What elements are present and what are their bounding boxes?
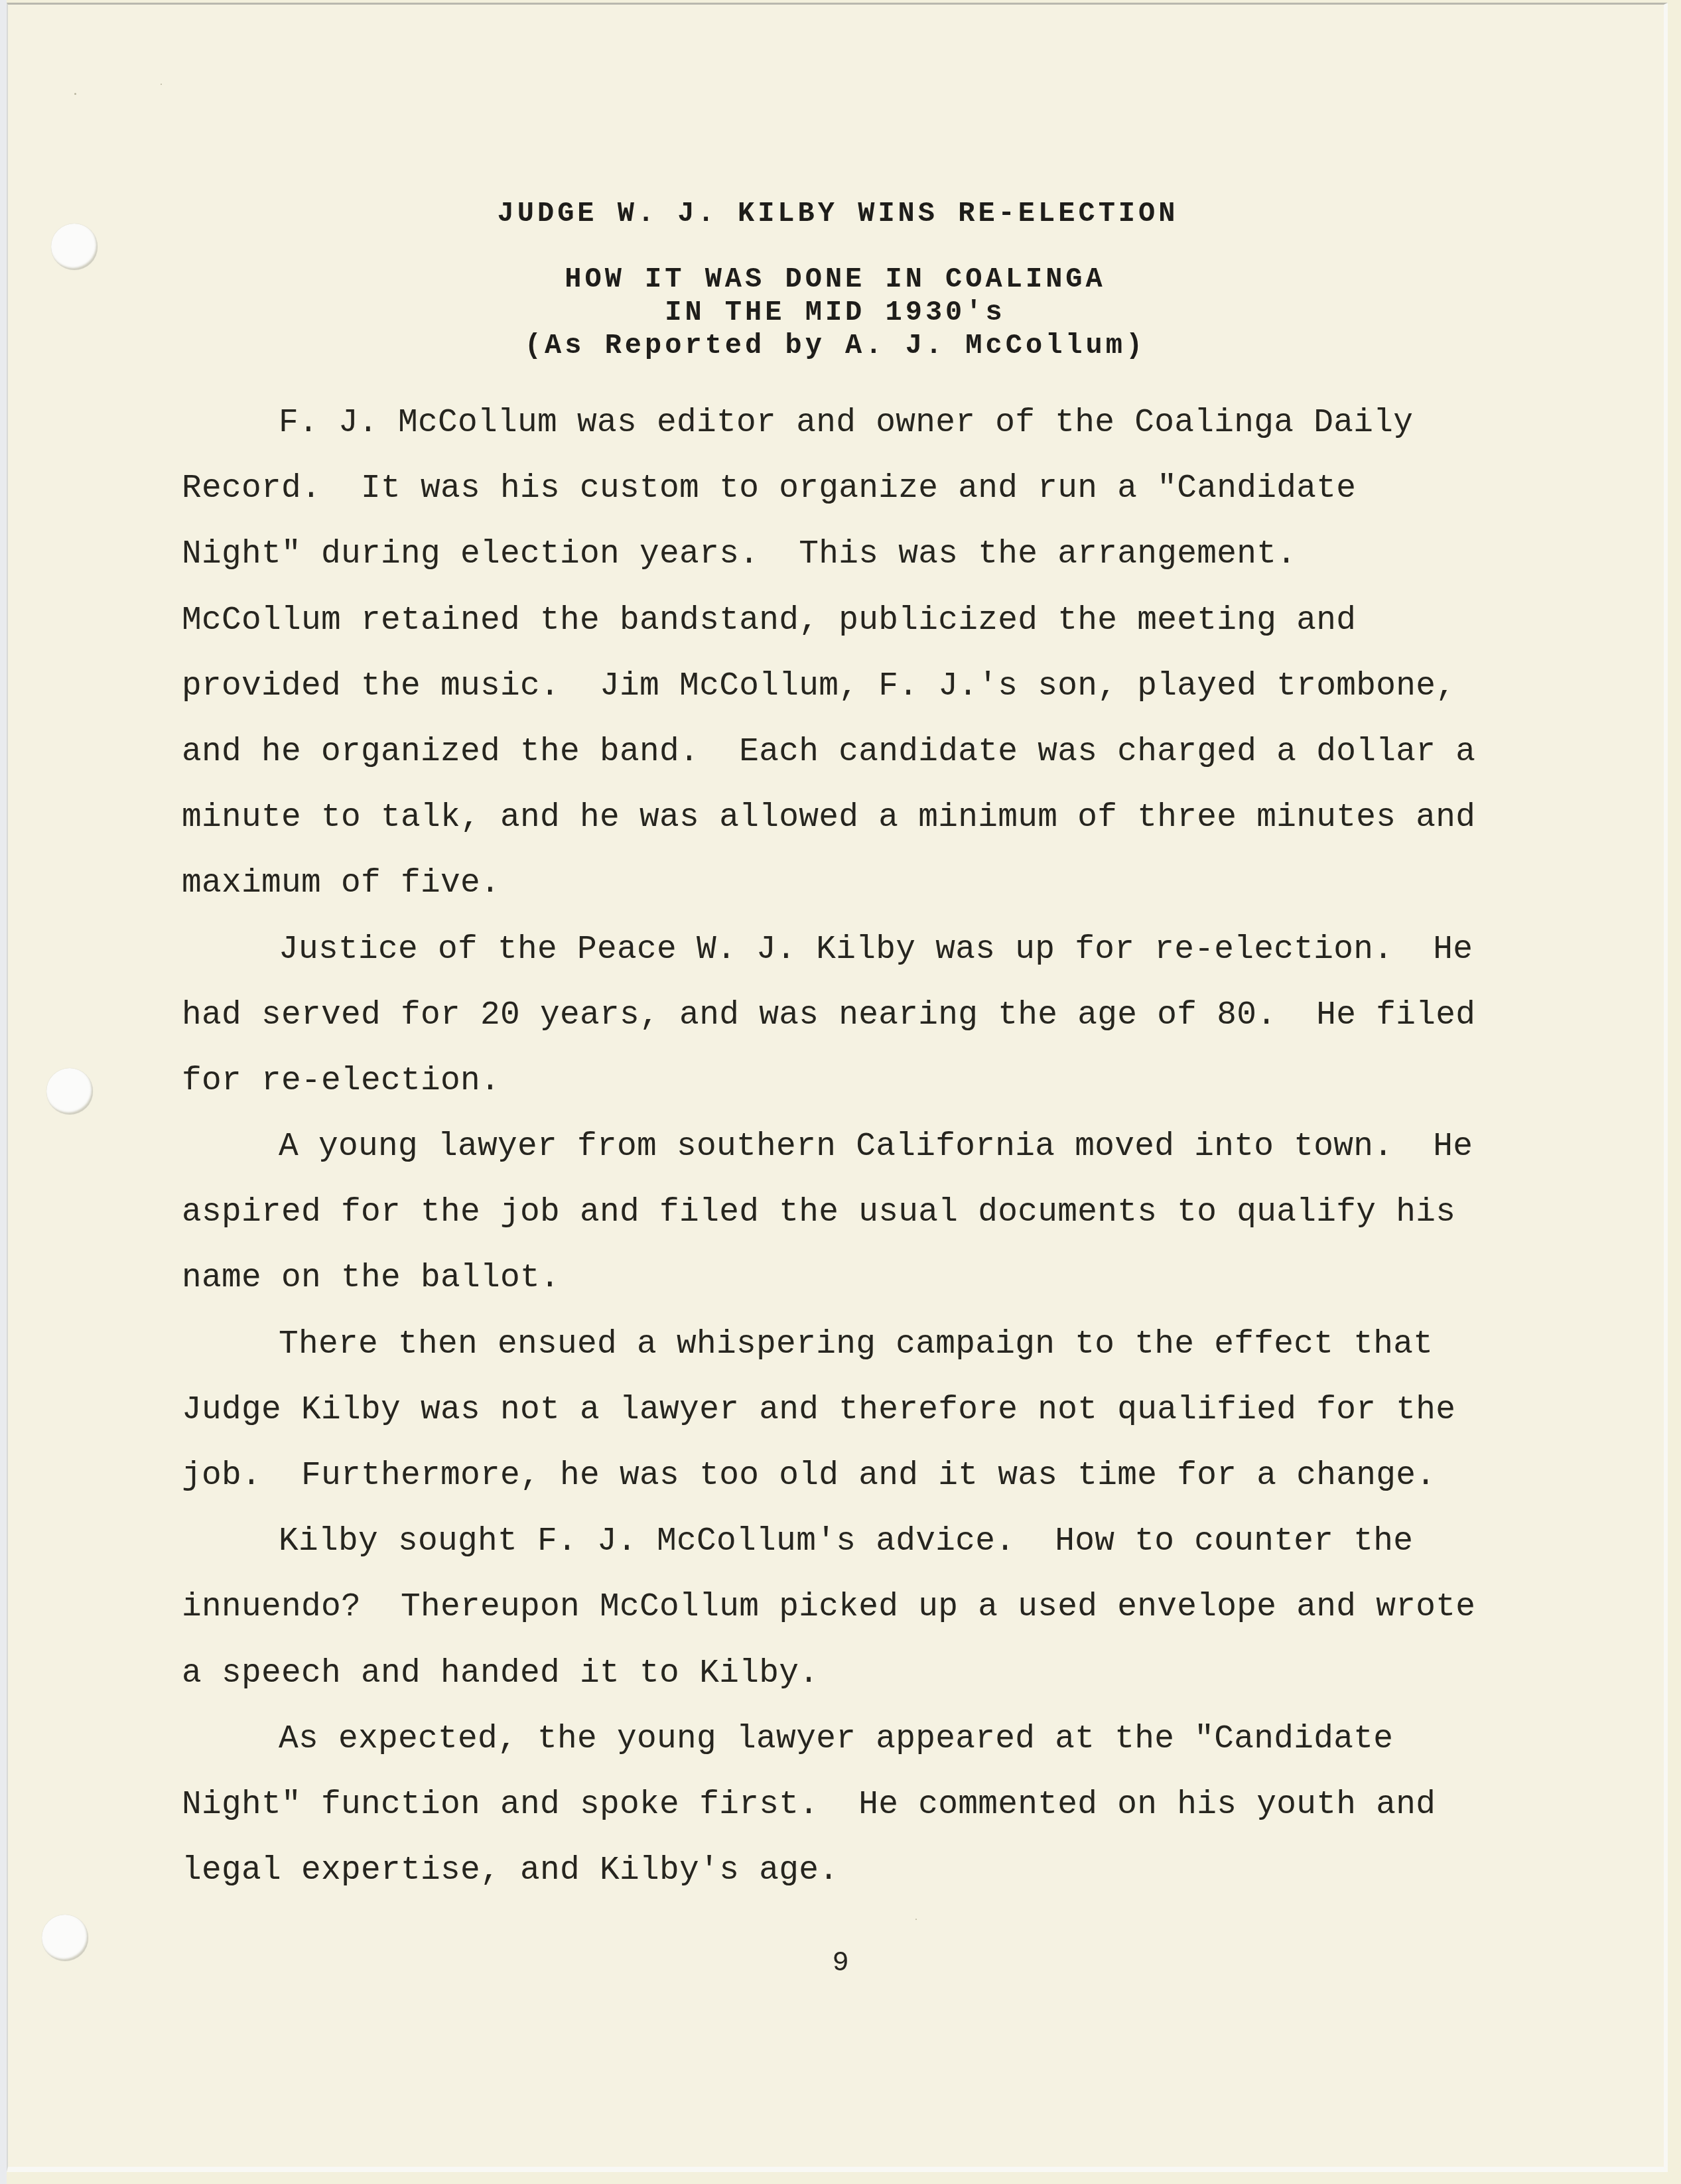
paragraph-1-line: and he organized the band. Each candidat… bbox=[182, 719, 1509, 785]
paper-speck bbox=[915, 1919, 917, 1920]
paragraph-4-line: job. Furthermore, he was too old and it … bbox=[182, 1443, 1509, 1509]
paragraph-1-line: F. J. McCollum was editor and owner of t… bbox=[182, 390, 1509, 456]
paragraph-1-line: provided the music. Jim McCollum, F. J.'… bbox=[182, 653, 1509, 719]
paragraph-1-line: maximum of five. bbox=[182, 851, 1509, 916]
document-subtitle: HOW IT WAS DONE IN COALINGA IN THE MID 1… bbox=[0, 263, 1676, 362]
paragraph-6-line: legal expertise, and Kilby's age. bbox=[182, 1838, 1509, 1903]
paragraph-6-line: Night" function and spoke first. He comm… bbox=[182, 1772, 1509, 1838]
paragraph-2-line: had served for 20 years, and was nearing… bbox=[182, 983, 1509, 1048]
paragraph-1-line: minute to talk, and he was allowed a min… bbox=[182, 785, 1509, 851]
paper-speck bbox=[161, 84, 162, 85]
subtitle-line: IN THE MID 1930's bbox=[0, 296, 1676, 329]
subtitle-line: HOW IT WAS DONE IN COALINGA bbox=[0, 263, 1676, 296]
paragraph-1-line: McCollum retained the bandstand, publici… bbox=[182, 588, 1509, 653]
paragraph-1-line: Record. It was his custom to organize an… bbox=[182, 456, 1509, 521]
paragraph-3-line: aspired for the job and filed the usual … bbox=[182, 1180, 1509, 1245]
paragraph-5-line: innuendo? Thereupon McCollum picked up a… bbox=[182, 1574, 1509, 1640]
paragraph-2-line: Justice of the Peace W. J. Kilby was up … bbox=[182, 917, 1509, 983]
paragraph-3-line: A young lawyer from southern California … bbox=[182, 1114, 1509, 1180]
paragraph-3-line: name on the ballot. bbox=[182, 1245, 1509, 1311]
document-body: F. J. McCollum was editor and owner of t… bbox=[182, 390, 1509, 1903]
paragraph-2-line: for re-election. bbox=[182, 1048, 1509, 1114]
punch-hole-middle bbox=[46, 1068, 93, 1115]
document-title: JUDGE W. J. KILBY WINS RE-ELECTION bbox=[0, 198, 1678, 230]
byline: (As Reported by A. J. McCollum) bbox=[0, 329, 1676, 362]
paragraph-6-line: As expected, the young lawyer appeared a… bbox=[182, 1706, 1509, 1772]
paragraph-4-line: Judge Kilby was not a lawyer and therefo… bbox=[182, 1377, 1509, 1443]
paragraph-4-line: There then ensued a whispering campaign … bbox=[182, 1312, 1509, 1377]
paragraph-5-line: Kilby sought F. J. McCollum's advice. Ho… bbox=[182, 1509, 1509, 1574]
paragraph-5-line: a speech and handed it to Kilby. bbox=[182, 1641, 1509, 1706]
paper-speck bbox=[74, 93, 76, 95]
page-number: 9 bbox=[0, 1947, 1681, 1979]
paragraph-1-line: Night" during election years. This was t… bbox=[182, 521, 1509, 587]
